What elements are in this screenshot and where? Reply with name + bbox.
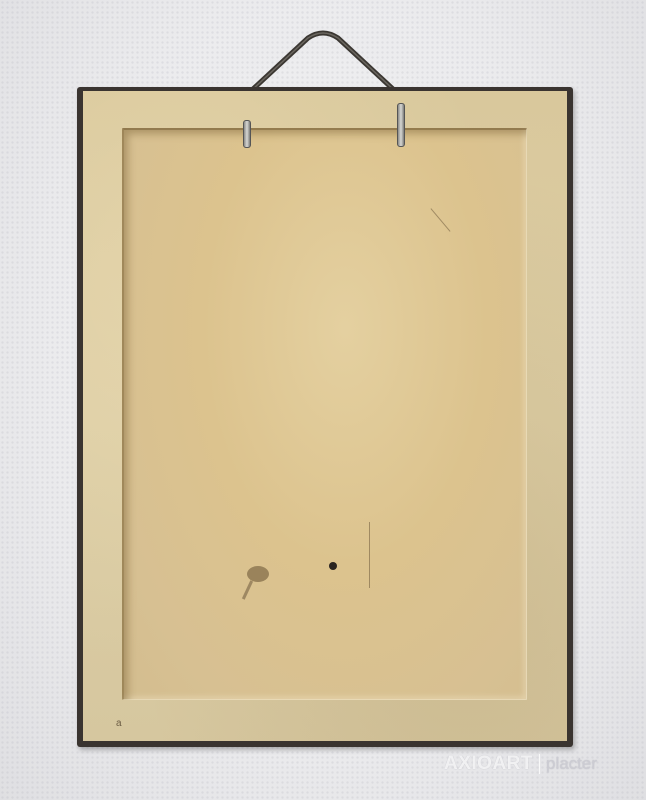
plaque-recess — [122, 128, 527, 700]
watermark-subtitle: placter — [546, 754, 597, 774]
hairline-crack — [369, 522, 370, 588]
watermark: AXIOART placter — [444, 752, 597, 776]
nail-hole — [329, 562, 337, 570]
hanging-clip-right — [397, 103, 405, 147]
watermark-brand: AXIOART — [444, 753, 533, 775]
watermark-divider — [539, 754, 540, 774]
inscription-mark: a — [116, 718, 122, 729]
hanging-clip-left — [243, 120, 251, 148]
wire-hanger-icon — [248, 30, 398, 92]
